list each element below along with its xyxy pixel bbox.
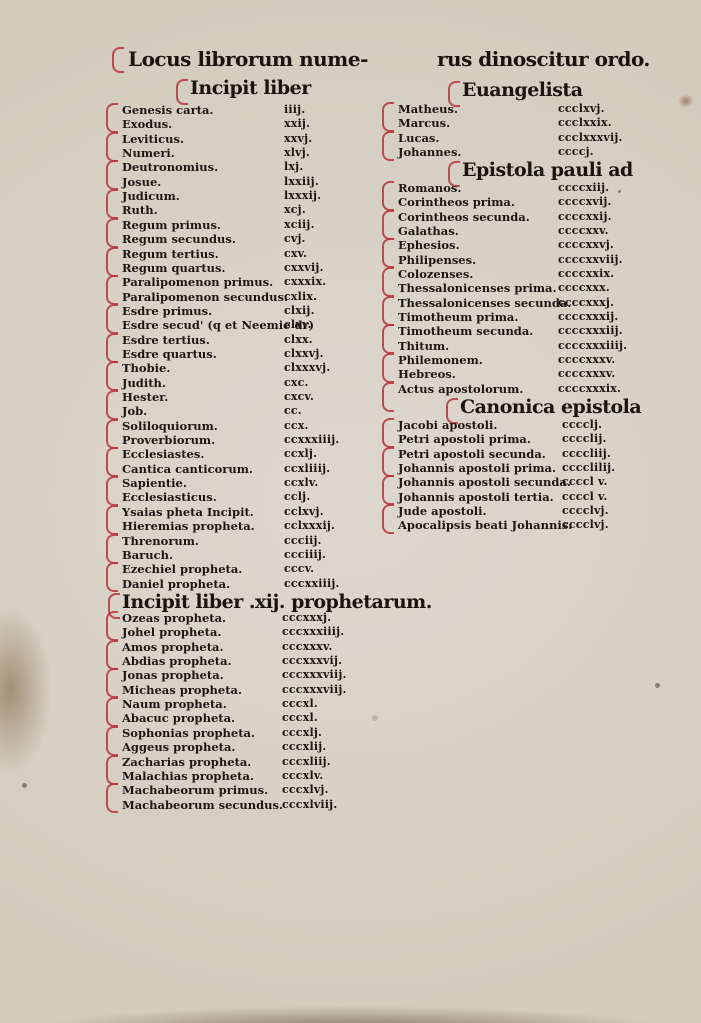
book-title: Deutronomius. bbox=[122, 160, 218, 174]
folio-number: cxc. bbox=[284, 376, 309, 390]
list-item: Esdre quartus.clxxvj. bbox=[122, 347, 364, 361]
list-item: Machabeorum primus.cccxlvj. bbox=[122, 783, 362, 797]
list-item: Philipenses.ccccxxviij. bbox=[398, 253, 638, 267]
rubric-bracket bbox=[382, 102, 394, 132]
book-title: Romanos. bbox=[398, 181, 461, 195]
list-item: Naum propheta.cccxl. bbox=[122, 697, 362, 711]
list-item: Esdre primus.clxij. bbox=[122, 304, 364, 318]
rubric-bracket bbox=[382, 210, 394, 240]
list-item: Soliloquiorum.ccx. bbox=[122, 419, 364, 433]
ink-spot bbox=[22, 783, 27, 788]
folio-number: ccccxxxv. bbox=[558, 353, 615, 367]
folio-number: ccccl v. bbox=[562, 475, 608, 489]
folio-number: cccxlij. bbox=[282, 740, 326, 754]
list-item: Ezechiel propheta.cccv. bbox=[122, 562, 364, 576]
book-title: Esdre primus. bbox=[122, 304, 212, 318]
list-item: Regum secundus.cvj. bbox=[122, 232, 364, 246]
folio-number: ccxxxiiij. bbox=[284, 433, 339, 447]
list-item: Jacobi apostoli.cccclj. bbox=[398, 418, 642, 432]
book-title: Esdre quartus. bbox=[122, 347, 217, 361]
list-item: Abdias propheta.cccxxxvij. bbox=[122, 654, 362, 668]
book-title: Paralipomenon secundus. bbox=[122, 290, 288, 304]
folio-number: ccccxxv. bbox=[558, 224, 609, 238]
folio-number: ccccxxviij. bbox=[558, 253, 623, 267]
rubric-bracket bbox=[106, 447, 118, 477]
book-title: Hebreos. bbox=[398, 367, 456, 381]
folio-number: ccclxvj. bbox=[558, 102, 605, 116]
book-title: Hieremias propheta. bbox=[122, 519, 255, 533]
book-title: Thitum. bbox=[398, 339, 449, 353]
folio-number: ccccxxxix. bbox=[558, 382, 621, 396]
book-title: Micheas propheta. bbox=[122, 683, 242, 697]
list-item: Baruch.ccciiij. bbox=[122, 548, 364, 562]
book-title: Paralipomenon primus. bbox=[122, 275, 273, 289]
book-title: Judicum. bbox=[122, 189, 180, 203]
list-item: Jude apostoli.cccclvj. bbox=[398, 504, 642, 518]
list-item: Proverbiorum.ccxxxiiij. bbox=[122, 433, 364, 447]
folio-number: ccx. bbox=[284, 419, 309, 433]
rubric-bracket bbox=[382, 324, 394, 354]
section-heading: Epistola pauli ad bbox=[462, 159, 633, 181]
book-title: Zacharias propheta. bbox=[122, 755, 251, 769]
list-item: Ephesios.ccccxxvj. bbox=[398, 238, 638, 252]
rubric-bracket bbox=[106, 611, 118, 641]
folio-number: cccxxxviij. bbox=[282, 668, 347, 682]
book-title: Ezechiel propheta. bbox=[122, 562, 242, 576]
folio-number: cccxxxviij. bbox=[282, 683, 347, 697]
folio-number: cccclj. bbox=[562, 418, 602, 432]
folio-number: cccxlviij. bbox=[282, 798, 337, 812]
folio-number: cccclvj. bbox=[562, 504, 609, 518]
book-title: Esdre tertius. bbox=[122, 333, 210, 347]
list-item: Josue.lxxiij. bbox=[122, 175, 364, 189]
rubric-bracket bbox=[106, 783, 118, 813]
rubric-bracket bbox=[106, 333, 118, 363]
folio-number: xcj. bbox=[284, 203, 306, 217]
book-title: Thobie. bbox=[122, 361, 170, 375]
section-heading: Canonica epistola bbox=[460, 396, 641, 418]
book-title: Proverbiorum. bbox=[122, 433, 215, 447]
list-item: Malachias propheta.cccxlv. bbox=[122, 769, 362, 783]
list-item: Threnorum.ccciij. bbox=[122, 534, 364, 548]
rubric-bracket bbox=[106, 668, 118, 698]
folio-number: ccccxxxiiij. bbox=[558, 339, 627, 353]
book-title: Regum primus. bbox=[122, 218, 221, 232]
book-title: Ysaias pheta Incipit. bbox=[122, 505, 254, 519]
book-title: Philipenses. bbox=[398, 253, 476, 267]
folio-number: ccclxxix. bbox=[558, 116, 612, 130]
rubric-bracket bbox=[382, 382, 394, 412]
folio-number: cccxlv. bbox=[282, 769, 323, 783]
list-item: Lucas.ccclxxxvij. bbox=[398, 131, 638, 145]
list-item: Marcus.ccclxxix. bbox=[398, 116, 638, 130]
folio-number: ccccxiij. bbox=[558, 181, 609, 195]
rubric-bracket bbox=[382, 475, 394, 505]
list-item: Sophonias propheta.cccxlj. bbox=[122, 726, 362, 740]
folio-number: cccclij. bbox=[562, 432, 607, 446]
list-item: Johannes.ccccj. bbox=[398, 145, 638, 159]
rubric-bracket bbox=[106, 247, 118, 277]
folio-number: ccxlv. bbox=[284, 476, 318, 490]
book-title: Jacobi apostoli. bbox=[398, 418, 497, 432]
rubric-bracket bbox=[106, 189, 118, 219]
folio-number: cccxlj. bbox=[282, 726, 322, 740]
folio-number: ccccliij. bbox=[562, 447, 611, 461]
book-title: Regum tertius. bbox=[122, 247, 219, 261]
book-title: Regum secundus. bbox=[122, 232, 236, 246]
folio-number: cclj. bbox=[284, 490, 310, 504]
rubric-bracket bbox=[382, 131, 394, 161]
folio-number: cccxxxiiij. bbox=[282, 625, 344, 639]
folio-number: cvj. bbox=[284, 232, 306, 246]
rubric-bracket bbox=[106, 160, 118, 190]
list-item: Matheus.ccclxvj. bbox=[398, 102, 638, 116]
folio-number: cccxxxvij. bbox=[282, 654, 342, 668]
book-title: Actus apostolorum. bbox=[398, 382, 523, 396]
list-item: Esdre secud' (q et Neemie dr)clxv. bbox=[122, 318, 364, 332]
list-item: Johannis apostoli secunda.ccccl v. bbox=[398, 475, 642, 489]
book-title: Marcus. bbox=[398, 116, 450, 130]
folio-number: cxcv. bbox=[284, 390, 314, 404]
rubric-bracket bbox=[106, 361, 118, 391]
book-title: Abacuc propheta. bbox=[122, 711, 235, 725]
rubric-bracket bbox=[106, 476, 118, 506]
section-heading: Euangelista bbox=[462, 79, 583, 101]
folio-number: ccccxvij. bbox=[558, 195, 612, 209]
book-title: Leviticus. bbox=[122, 132, 184, 146]
list-item: Thessalonicenses prima.ccccxxx. bbox=[398, 281, 638, 295]
folio-number: cccxl. bbox=[282, 711, 318, 725]
folio-number: ccclxxxvij. bbox=[558, 131, 623, 145]
folio-number: xciij. bbox=[284, 218, 315, 232]
book-title: Matheus. bbox=[398, 102, 458, 116]
list-item: Deutronomius.lxj. bbox=[122, 160, 364, 174]
list-item: Micheas propheta.cccxxxviij. bbox=[122, 683, 362, 697]
list-item: Ecclesiastes.ccxlj. bbox=[122, 447, 364, 461]
book-title: Numeri. bbox=[122, 146, 175, 160]
folio-number: cccxxxv. bbox=[282, 640, 332, 654]
book-title: Amos propheta. bbox=[122, 640, 224, 654]
folio-number: ccccl v. bbox=[562, 490, 608, 504]
folio-number: ccccxxxj. bbox=[558, 296, 614, 310]
rubric-bracket bbox=[112, 47, 124, 73]
folio-number: ccccj. bbox=[558, 145, 594, 159]
rubric-bracket bbox=[382, 181, 394, 211]
folio-number: ccxliiij. bbox=[284, 462, 330, 476]
list-item: Timotheum secunda.ccccxxxiij. bbox=[398, 324, 638, 338]
book-title: Threnorum. bbox=[122, 534, 199, 548]
list-item: Corintheos prima.ccccxvij. bbox=[398, 195, 638, 209]
rubric-bracket bbox=[106, 755, 118, 785]
book-title: Corintheos secunda. bbox=[398, 210, 530, 224]
book-title: Cantica canticorum. bbox=[122, 462, 253, 476]
book-title: Colozenses. bbox=[398, 267, 473, 281]
list-item: Philemonem.ccccxxxv. bbox=[398, 353, 638, 367]
list-item: Regum quartus.cxxvij. bbox=[122, 261, 364, 275]
folio-number: cxxxix. bbox=[284, 275, 326, 289]
book-title: Sapientie. bbox=[122, 476, 187, 490]
list-item: Actus apostolorum.ccccxxxix. bbox=[398, 382, 638, 396]
rubric-bracket bbox=[106, 697, 118, 727]
folio-number: ccccxxix. bbox=[558, 267, 614, 281]
list-item: Hester.cxcv. bbox=[122, 390, 364, 404]
list-item: Aggeus propheta.cccxlij. bbox=[122, 740, 362, 754]
list-item: Johannis apostoli tertia.ccccl v. bbox=[398, 490, 642, 504]
rubric-bracket bbox=[106, 419, 118, 449]
list-item: Genesis carta.iiij. bbox=[122, 103, 364, 117]
book-title: Thessalonicenses prima. bbox=[398, 281, 556, 295]
book-title: Genesis carta. bbox=[122, 103, 213, 117]
list-item: Zacharias propheta.cccxliij. bbox=[122, 755, 362, 769]
rubric-bracket bbox=[106, 218, 118, 248]
book-title: Machabeorum primus. bbox=[122, 783, 268, 797]
list-item: Regum primus.xciij. bbox=[122, 218, 364, 232]
rubric-bracket bbox=[106, 505, 118, 535]
list-item: Johel propheta.cccxxxiiij. bbox=[122, 625, 362, 639]
folio-number: ccccxxxij. bbox=[558, 310, 618, 324]
folio-number: cccclvj. bbox=[562, 518, 609, 532]
folio-number: cclxvj. bbox=[284, 505, 324, 519]
folio-number: clxxvj. bbox=[284, 347, 324, 361]
book-title: Regum quartus. bbox=[122, 261, 226, 275]
book-title: Lucas. bbox=[398, 131, 439, 145]
list-item: Hieremias propheta.cclxxxij. bbox=[122, 519, 364, 533]
book-title: Philemonem. bbox=[398, 353, 483, 367]
folio-number: clxv. bbox=[284, 318, 312, 332]
folio-number: xxij. bbox=[284, 117, 310, 131]
list-item: Apocalipsis beati Johannis.cccclvj. bbox=[398, 518, 642, 532]
rubric-bracket bbox=[382, 238, 394, 268]
rubric-bracket bbox=[382, 418, 394, 448]
book-title: Daniel propheta. bbox=[122, 577, 230, 591]
folio-number: cccclilij. bbox=[562, 461, 615, 475]
list-item: Johannis apostoli prima.cccclilij. bbox=[398, 461, 642, 475]
folio-number: cccxlvj. bbox=[282, 783, 329, 797]
book-title: Baruch. bbox=[122, 548, 173, 562]
rubric-bracket bbox=[382, 267, 394, 297]
section-heading: Incipit liber .xij. prophetarum. bbox=[122, 591, 432, 613]
folio-number: clxij. bbox=[284, 304, 315, 318]
list-item: Amos propheta.cccxxxv. bbox=[122, 640, 362, 654]
folio-number: ccccxxxiij. bbox=[558, 324, 623, 338]
list-item: Exodus.xxij. bbox=[122, 117, 364, 131]
book-title: Ozeas propheta. bbox=[122, 611, 226, 625]
folio-number: ccccxxxv. bbox=[558, 367, 615, 381]
book-title: Hester. bbox=[122, 390, 168, 404]
list-item: Job.cc. bbox=[122, 404, 364, 418]
list-item: Thitum.ccccxxxiiij. bbox=[398, 339, 638, 353]
folio-number: cccv. bbox=[284, 562, 314, 576]
list-item: Ruth.xcj. bbox=[122, 203, 364, 217]
folio-number: cc. bbox=[284, 404, 302, 418]
folio-number: ccccxxij. bbox=[558, 210, 612, 224]
list-item: Esdre tertius.clxx. bbox=[122, 333, 364, 347]
list-item: Numeri.xlvj. bbox=[122, 146, 364, 160]
list-item: Petri apostoli prima.cccclij. bbox=[398, 432, 642, 446]
list-item: Ozeas propheta.cccxxxj. bbox=[122, 611, 362, 625]
rubric-bracket bbox=[106, 562, 118, 592]
list-item: Paralipomenon primus.cxxxix. bbox=[122, 275, 364, 289]
rubric-bracket bbox=[106, 132, 118, 162]
book-title: Johannes. bbox=[398, 145, 461, 159]
rubric-bracket bbox=[382, 504, 394, 534]
rubric-bracket bbox=[106, 275, 118, 305]
list-item: Hebreos.ccccxxxv. bbox=[398, 367, 638, 381]
folio-number: iiij. bbox=[284, 103, 305, 117]
book-title: Aggeus propheta. bbox=[122, 740, 235, 754]
rubric-bracket bbox=[382, 447, 394, 477]
book-title: Malachias propheta. bbox=[122, 769, 254, 783]
list-item: Romanos.ccccxiij. bbox=[398, 181, 638, 195]
book-title: Johel propheta. bbox=[122, 625, 221, 639]
folio-number: cxv. bbox=[284, 247, 307, 261]
folio-number: cccxl. bbox=[282, 697, 318, 711]
rubric-bracket bbox=[106, 390, 118, 420]
book-title: Timotheum prima. bbox=[398, 310, 518, 324]
folio-number: cccxxiiij. bbox=[284, 577, 340, 591]
book-title: Soliloquiorum. bbox=[122, 419, 218, 433]
book-title: Judith. bbox=[122, 376, 166, 390]
list-item: Colozenses.ccccxxix. bbox=[398, 267, 638, 281]
book-title: Job. bbox=[122, 404, 147, 418]
book-title: Jude apostoli. bbox=[398, 504, 487, 518]
book-title: Ecclesiasticus. bbox=[122, 490, 217, 504]
folio-number: cxxvij. bbox=[284, 261, 324, 275]
list-item: Judith.cxc. bbox=[122, 376, 364, 390]
folio-number: ccxlj. bbox=[284, 447, 317, 461]
book-title: Thessalonicenses secunda. bbox=[398, 296, 571, 310]
section-heading: Incipit liber bbox=[190, 77, 311, 99]
list-item: Abacuc propheta.cccxl. bbox=[122, 711, 362, 725]
folio-number: lxxxij. bbox=[284, 189, 321, 203]
page-header-left: Locus librorum nume- bbox=[128, 47, 368, 71]
list-item: Timotheum prima.ccccxxxij. bbox=[398, 310, 638, 324]
list-item: Thessalonicenses secunda.ccccxxxj. bbox=[398, 296, 638, 310]
ink-spot bbox=[372, 715, 378, 721]
list-item: Paralipomenon secundus.cxlix. bbox=[122, 290, 364, 304]
list-item: Cantica canticorum.ccxliiij. bbox=[122, 462, 364, 476]
rubric-bracket bbox=[176, 79, 188, 105]
list-item: Corintheos secunda.ccccxxij. bbox=[398, 210, 638, 224]
folio-number: xxvj. bbox=[284, 132, 312, 146]
folio-number: lxj. bbox=[284, 160, 303, 174]
book-title: Ecclesiastes. bbox=[122, 447, 204, 461]
rubric-bracket bbox=[106, 726, 118, 756]
rubric-bracket bbox=[106, 103, 118, 133]
ink-spot bbox=[655, 683, 660, 688]
folio-number: ccciiij. bbox=[284, 548, 326, 562]
book-title: Exodus. bbox=[122, 117, 172, 131]
folio-number: cclxxxij. bbox=[284, 519, 335, 533]
folio-number: lxxiij. bbox=[284, 175, 319, 189]
folio-number: xlvj. bbox=[284, 146, 310, 160]
book-title: Abdias propheta. bbox=[122, 654, 232, 668]
book-title: Timotheum secunda. bbox=[398, 324, 533, 338]
book-title: Jonas propheta. bbox=[122, 668, 224, 682]
book-title: Petri apostoli prima. bbox=[398, 432, 531, 446]
list-item: Galathas.ccccxxv. bbox=[398, 224, 638, 238]
list-item: Thobie.clxxxvj. bbox=[122, 361, 364, 375]
book-title: Galathas. bbox=[398, 224, 459, 238]
rubric-bracket bbox=[382, 353, 394, 383]
rubric-bracket bbox=[106, 640, 118, 670]
rubric-bracket bbox=[382, 296, 394, 326]
list-item: Ysaias pheta Incipit.cclxvj. bbox=[122, 505, 364, 519]
folio-number: cxlix. bbox=[284, 290, 317, 304]
book-title: Johannis apostoli tertia. bbox=[398, 490, 554, 504]
folio-number: ccccxxx. bbox=[558, 281, 610, 295]
book-title: Ephesios. bbox=[398, 238, 459, 252]
list-item: Jonas propheta.cccxxxviij. bbox=[122, 668, 362, 682]
list-item: Leviticus.xxvj. bbox=[122, 132, 364, 146]
rubric-bracket bbox=[106, 304, 118, 334]
book-title: Petri apostoli secunda. bbox=[398, 447, 546, 461]
folio-number: ccciij. bbox=[284, 534, 322, 548]
list-item: Regum tertius.cxv. bbox=[122, 247, 364, 261]
folio-number: cccxliij. bbox=[282, 755, 331, 769]
page-header-right: rus dinoscitur ordo. bbox=[437, 47, 650, 71]
list-item: Petri apostoli secunda.ccccliij. bbox=[398, 447, 642, 461]
list-item: Machabeorum secundus.cccxlviij. bbox=[122, 798, 362, 812]
book-title: Machabeorum secundus. bbox=[122, 798, 283, 812]
book-title: Naum propheta. bbox=[122, 697, 227, 711]
book-title: Apocalipsis beati Johannis. bbox=[398, 518, 572, 532]
folio-number: cccxxxj. bbox=[282, 611, 331, 625]
book-title: Sophonias propheta. bbox=[122, 726, 255, 740]
book-title: Josue. bbox=[122, 175, 161, 189]
book-title: Johannis apostoli secunda. bbox=[398, 475, 571, 489]
book-title: Johannis apostoli prima. bbox=[398, 461, 556, 475]
list-item: Daniel propheta.cccxxiiij. bbox=[122, 577, 364, 591]
folio-number: ccccxxvj. bbox=[558, 238, 614, 252]
folio-number: clxxxvj. bbox=[284, 361, 330, 375]
rubric-bracket bbox=[106, 534, 118, 564]
folio-number: clxx. bbox=[284, 333, 313, 347]
book-title: Ruth. bbox=[122, 203, 158, 217]
book-title: Corintheos prima. bbox=[398, 195, 515, 209]
list-item: Sapientie.ccxlv. bbox=[122, 476, 364, 490]
list-item: Ecclesiasticus.cclj. bbox=[122, 490, 364, 504]
list-item: Judicum.lxxxij. bbox=[122, 189, 364, 203]
